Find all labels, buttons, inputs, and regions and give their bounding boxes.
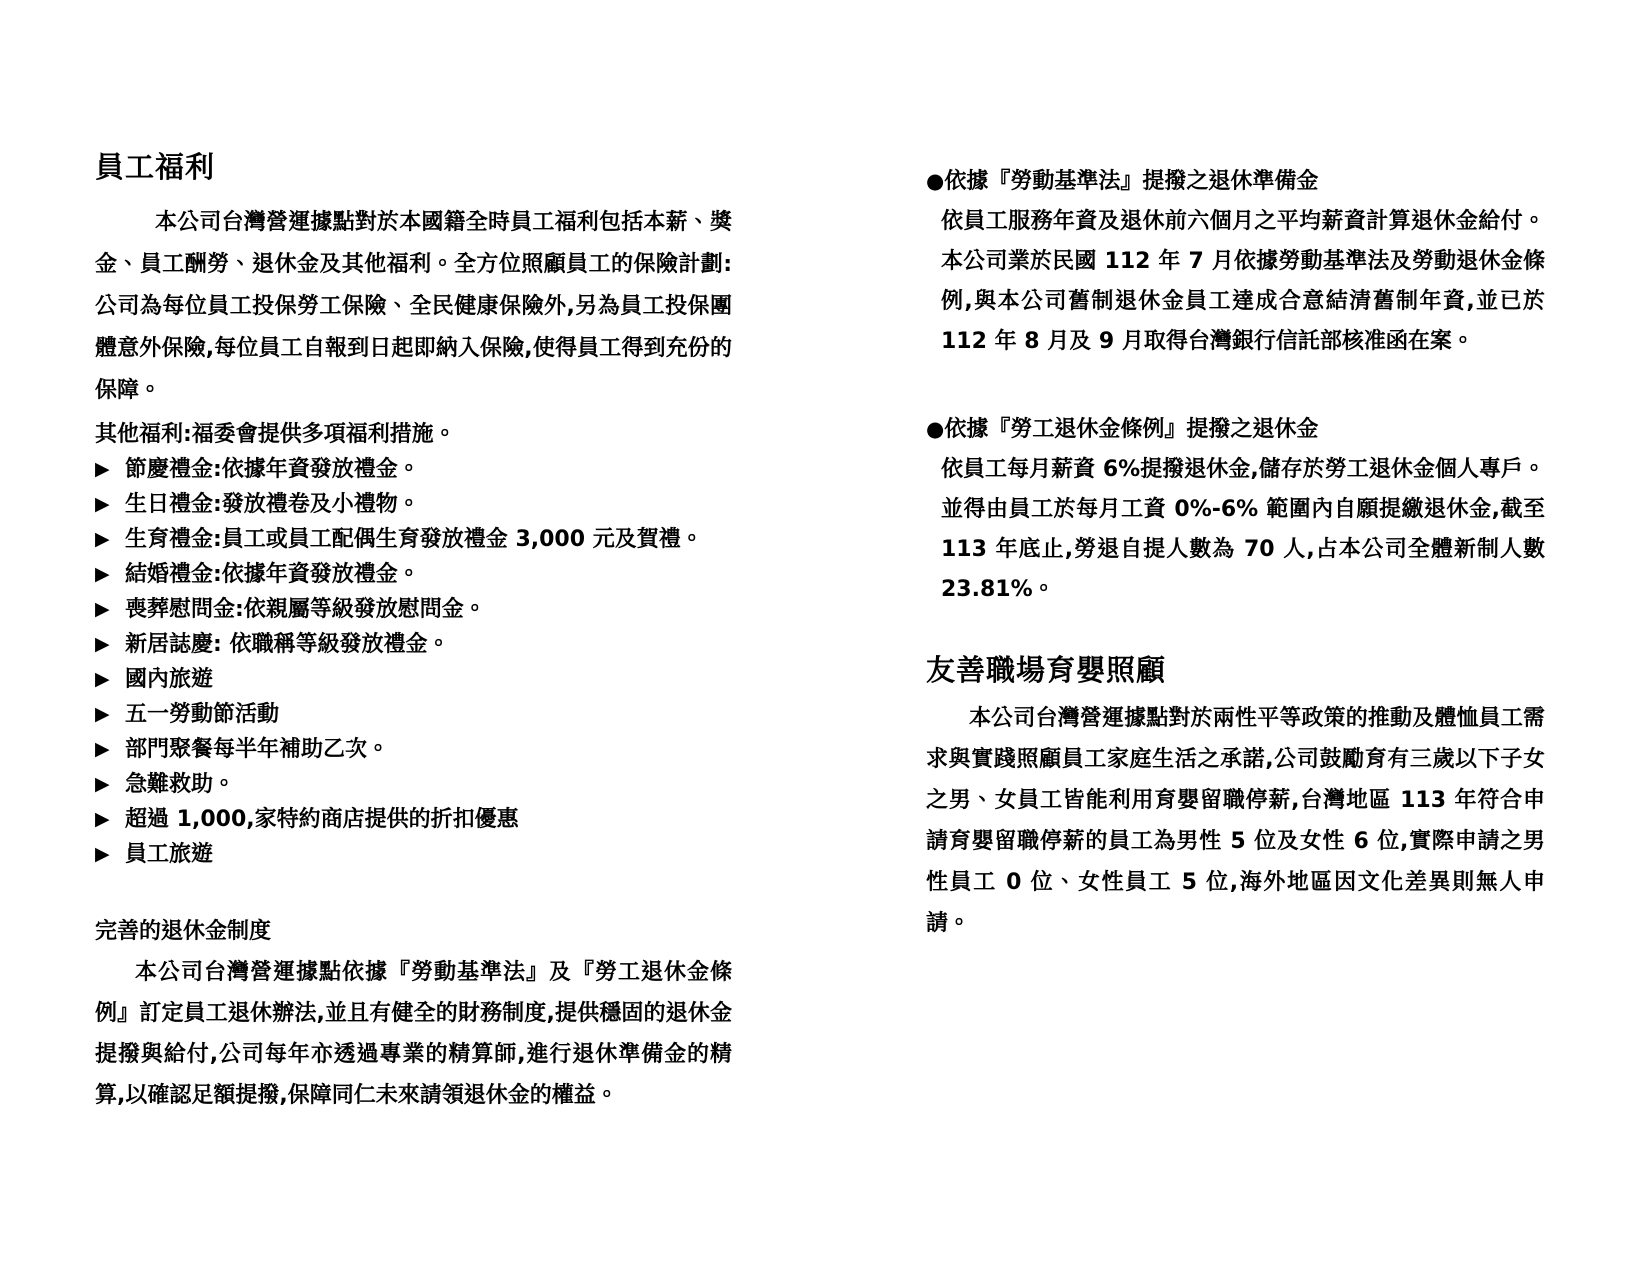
triangle-bullet-icon: ▶ bbox=[95, 697, 125, 732]
benefit-item-text: 新居誌慶: 依職稱等級發放禮金。 bbox=[125, 627, 449, 662]
triangle-bullet-icon: ▶ bbox=[95, 732, 125, 767]
pension-reserve-heading: ●依據『勞動基準法』提撥之退休準備金 bbox=[926, 161, 1545, 202]
benefit-item-text: 急難救助。 bbox=[125, 767, 235, 802]
triangle-bullet-icon: ▶ bbox=[95, 522, 125, 557]
benefit-list-item: ▶ 生日禮金:發放禮卷及小禮物。 bbox=[95, 487, 732, 522]
triangle-bullet-icon: ▶ bbox=[95, 802, 125, 837]
benefit-list-item: ▶ 喪葬慰問金:依親屬等級發放慰問金。 bbox=[95, 592, 732, 627]
benefit-list-item: ▶ 新居誌慶: 依職稱等級發放禮金。 bbox=[95, 627, 732, 662]
triangle-bullet-icon: ▶ bbox=[95, 452, 125, 487]
benefit-list: ▶ 節慶禮金:依據年資發放禮金。 ▶ 生日禮金:發放禮卷及小禮物。 ▶ 生育禮金… bbox=[95, 452, 732, 872]
labor-pension-section: ●依據『勞工退休金條例』提撥之退休金 依員工每月薪資 6%提撥退休金,儲存於勞工… bbox=[926, 409, 1545, 610]
triangle-bullet-icon: ▶ bbox=[95, 767, 125, 802]
circle-bullet-icon: ● bbox=[926, 417, 944, 441]
benefit-item-text: 節慶禮金:依據年資發放禮金。 bbox=[125, 452, 420, 487]
other-benefits-block: 其他福利:福委會提供多項福利措施。 ▶ 節慶禮金:依據年資發放禮金。 ▶ 生日禮… bbox=[95, 417, 732, 872]
benefit-item-text: 超過 1,000,家特約商店提供的折扣優惠 bbox=[125, 802, 519, 837]
circle-bullet-icon: ● bbox=[926, 169, 944, 193]
triangle-bullet-icon: ▶ bbox=[95, 627, 125, 662]
benefit-item-text: 生日禮金:發放禮卷及小禮物。 bbox=[125, 487, 420, 522]
benefit-list-item: ▶ 部門聚餐每半年補助乙次。 bbox=[95, 732, 732, 767]
triangle-bullet-icon: ▶ bbox=[95, 837, 125, 872]
benefit-list-item: ▶ 急難救助。 bbox=[95, 767, 732, 802]
pension-system-paragraph: 本公司台灣營運據點依據『勞動基準法』及『勞工退休金條例』訂定員工退休辦法,並且有… bbox=[95, 952, 732, 1116]
labor-pension-body: 依員工每月薪資 6%提撥退休金,儲存於勞工退休金個人專戶。並得由員工於每月工資 … bbox=[941, 450, 1545, 610]
benefit-list-item: ▶ 超過 1,000,家特約商店提供的折扣優惠 bbox=[95, 802, 732, 837]
benefit-item-text: 結婚禮金:依據年資發放禮金。 bbox=[125, 557, 420, 592]
parenting-friendly-paragraph: 本公司台灣營運據點對於兩性平等政策的推動及體恤員工需求與實踐照顧員工家庭生活之承… bbox=[926, 698, 1545, 944]
other-benefits-intro: 其他福利:福委會提供多項福利措施。 bbox=[95, 417, 732, 452]
triangle-bullet-icon: ▶ bbox=[95, 662, 125, 697]
benefit-list-item: ▶ 生育禮金:員工或員工配偶生育發放禮金 3,000 元及賀禮。 bbox=[95, 522, 732, 557]
pension-reserve-heading-text: 依據『勞動基準法』提撥之退休準備金 bbox=[944, 169, 1318, 194]
employee-welfare-intro-paragraph: 本公司台灣營運據點對於本國籍全時員工福利包括本薪、獎金、員工酬勞、退休金及其他福… bbox=[95, 202, 732, 412]
triangle-bullet-icon: ▶ bbox=[95, 557, 125, 592]
triangle-bullet-icon: ▶ bbox=[95, 487, 125, 522]
benefit-item-text: 部門聚餐每半年補助乙次。 bbox=[125, 732, 389, 767]
benefit-list-item: ▶ 五一勞動節活動 bbox=[95, 697, 732, 732]
pension-reserve-body: 依員工服務年資及退休前六個月之平均薪資計算退休金給付。本公司業於民國 112 年… bbox=[941, 202, 1545, 362]
benefit-list-item: ▶ 國內旅遊 bbox=[95, 662, 732, 697]
triangle-bullet-icon: ▶ bbox=[95, 592, 125, 627]
pension-reserve-section: ●依據『勞動基準法』提撥之退休準備金 依員工服務年資及退休前六個月之平均薪資計算… bbox=[926, 161, 1545, 362]
benefit-item-text: 國內旅遊 bbox=[125, 662, 213, 697]
benefit-list-item: ▶ 員工旅遊 bbox=[95, 837, 732, 872]
labor-pension-heading: ●依據『勞工退休金條例』提撥之退休金 bbox=[926, 409, 1545, 450]
pension-system-heading: 完善的退休金制度 bbox=[95, 914, 271, 949]
labor-pension-heading-text: 依據『勞工退休金條例』提撥之退休金 bbox=[944, 417, 1318, 442]
parenting-friendly-title: 友善職場育嬰照顧 bbox=[926, 651, 1166, 689]
benefit-item-text: 員工旅遊 bbox=[125, 837, 213, 872]
document-page: 員工福利 本公司台灣營運據點對於本國籍全時員工福利包括本薪、獎金、員工酬勞、退休… bbox=[0, 0, 1650, 1275]
benefit-item-text: 喪葬慰問金:依親屬等級發放慰問金。 bbox=[125, 592, 486, 627]
benefit-list-item: ▶ 節慶禮金:依據年資發放禮金。 bbox=[95, 452, 732, 487]
benefit-item-text: 生育禮金:員工或員工配偶生育發放禮金 3,000 元及賀禮。 bbox=[125, 522, 703, 557]
employee-welfare-title: 員工福利 bbox=[95, 149, 215, 185]
benefit-item-text: 五一勞動節活動 bbox=[125, 697, 279, 732]
benefit-list-item: ▶ 結婚禮金:依據年資發放禮金。 bbox=[95, 557, 732, 592]
